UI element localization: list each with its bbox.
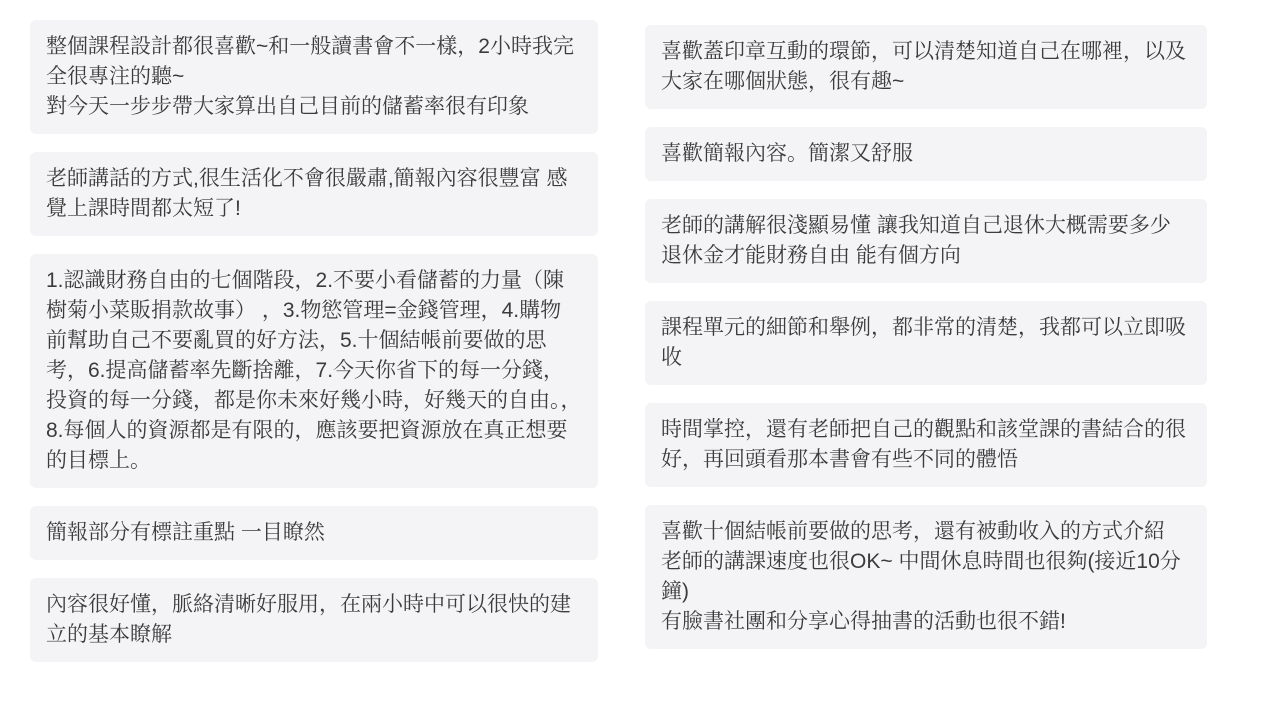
feedback-card: 喜歡簡報內容。簡潔又舒服	[645, 127, 1207, 181]
feedback-column-left: 整個課程設計都很喜歡~和一般讀書會不一樣，2小時我完全很專注的聽~ 對今天一步步…	[30, 20, 598, 680]
feedback-card: 內容很好懂，脈絡清晰好服用，在兩小時中可以很快的建立的基本瞭解	[30, 578, 598, 662]
feedback-text: 時間掌控，還有老師把自己的觀點和該堂課的書結合的很好，再回頭看那本書會有些不同的…	[661, 415, 1191, 475]
feedback-card: 課程單元的細節和舉例，都非常的清楚，我都可以立即吸收	[645, 301, 1207, 385]
feedback-text: 內容很好懂，脈絡清晰好服用，在兩小時中可以很快的建立的基本瞭解	[46, 590, 582, 650]
feedback-card: 老師講話的方式,很生活化不會很嚴肅,簡報內容很豐富 感覺上課時間都太短了!	[30, 152, 598, 236]
feedback-card: 喜歡十個結帳前要做的思考，還有被動收入的方式介紹 老師的講課速度也很OK~ 中間…	[645, 505, 1207, 649]
feedback-card: 老師的講解很淺顯易懂 讓我知道自己退休大概需要多少退休金才能財務自由 能有個方向	[645, 199, 1207, 283]
feedback-card: 整個課程設計都很喜歡~和一般讀書會不一樣，2小時我完全很專注的聽~ 對今天一步步…	[30, 20, 598, 134]
feedback-column-right: 喜歡蓋印章互動的環節，可以清楚知道自己在哪裡，以及大家在哪個狀態，很有趣~ 喜歡…	[645, 25, 1207, 667]
feedback-text: 1.認識財務自由的七個階段，2.不要小看儲蓄的力量（陳樹菊小菜販捐款故事） ，3…	[46, 266, 582, 476]
feedback-card: 喜歡蓋印章互動的環節，可以清楚知道自己在哪裡，以及大家在哪個狀態，很有趣~	[645, 25, 1207, 109]
feedback-text: 老師講話的方式,很生活化不會很嚴肅,簡報內容很豐富 感覺上課時間都太短了!	[46, 164, 582, 224]
feedback-text: 簡報部分有標註重點 一目瞭然	[46, 518, 582, 548]
feedback-text: 老師的講解很淺顯易懂 讓我知道自己退休大概需要多少退休金才能財務自由 能有個方向	[661, 211, 1191, 271]
feedback-text: 課程單元的細節和舉例，都非常的清楚，我都可以立即吸收	[661, 313, 1191, 373]
feedback-text: 喜歡蓋印章互動的環節，可以清楚知道自己在哪裡，以及大家在哪個狀態，很有趣~	[661, 37, 1191, 97]
feedback-page: 整個課程設計都很喜歡~和一般讀書會不一樣，2小時我完全很專注的聽~ 對今天一步步…	[0, 0, 1280, 720]
feedback-text: 整個課程設計都很喜歡~和一般讀書會不一樣，2小時我完全很專注的聽~ 對今天一步步…	[46, 32, 582, 122]
feedback-card: 簡報部分有標註重點 一目瞭然	[30, 506, 598, 560]
feedback-text: 喜歡簡報內容。簡潔又舒服	[661, 139, 1191, 169]
feedback-card: 1.認識財務自由的七個階段，2.不要小看儲蓄的力量（陳樹菊小菜販捐款故事） ，3…	[30, 254, 598, 488]
feedback-text: 喜歡十個結帳前要做的思考，還有被動收入的方式介紹 老師的講課速度也很OK~ 中間…	[661, 517, 1191, 637]
feedback-card: 時間掌控，還有老師把自己的觀點和該堂課的書結合的很好，再回頭看那本書會有些不同的…	[645, 403, 1207, 487]
